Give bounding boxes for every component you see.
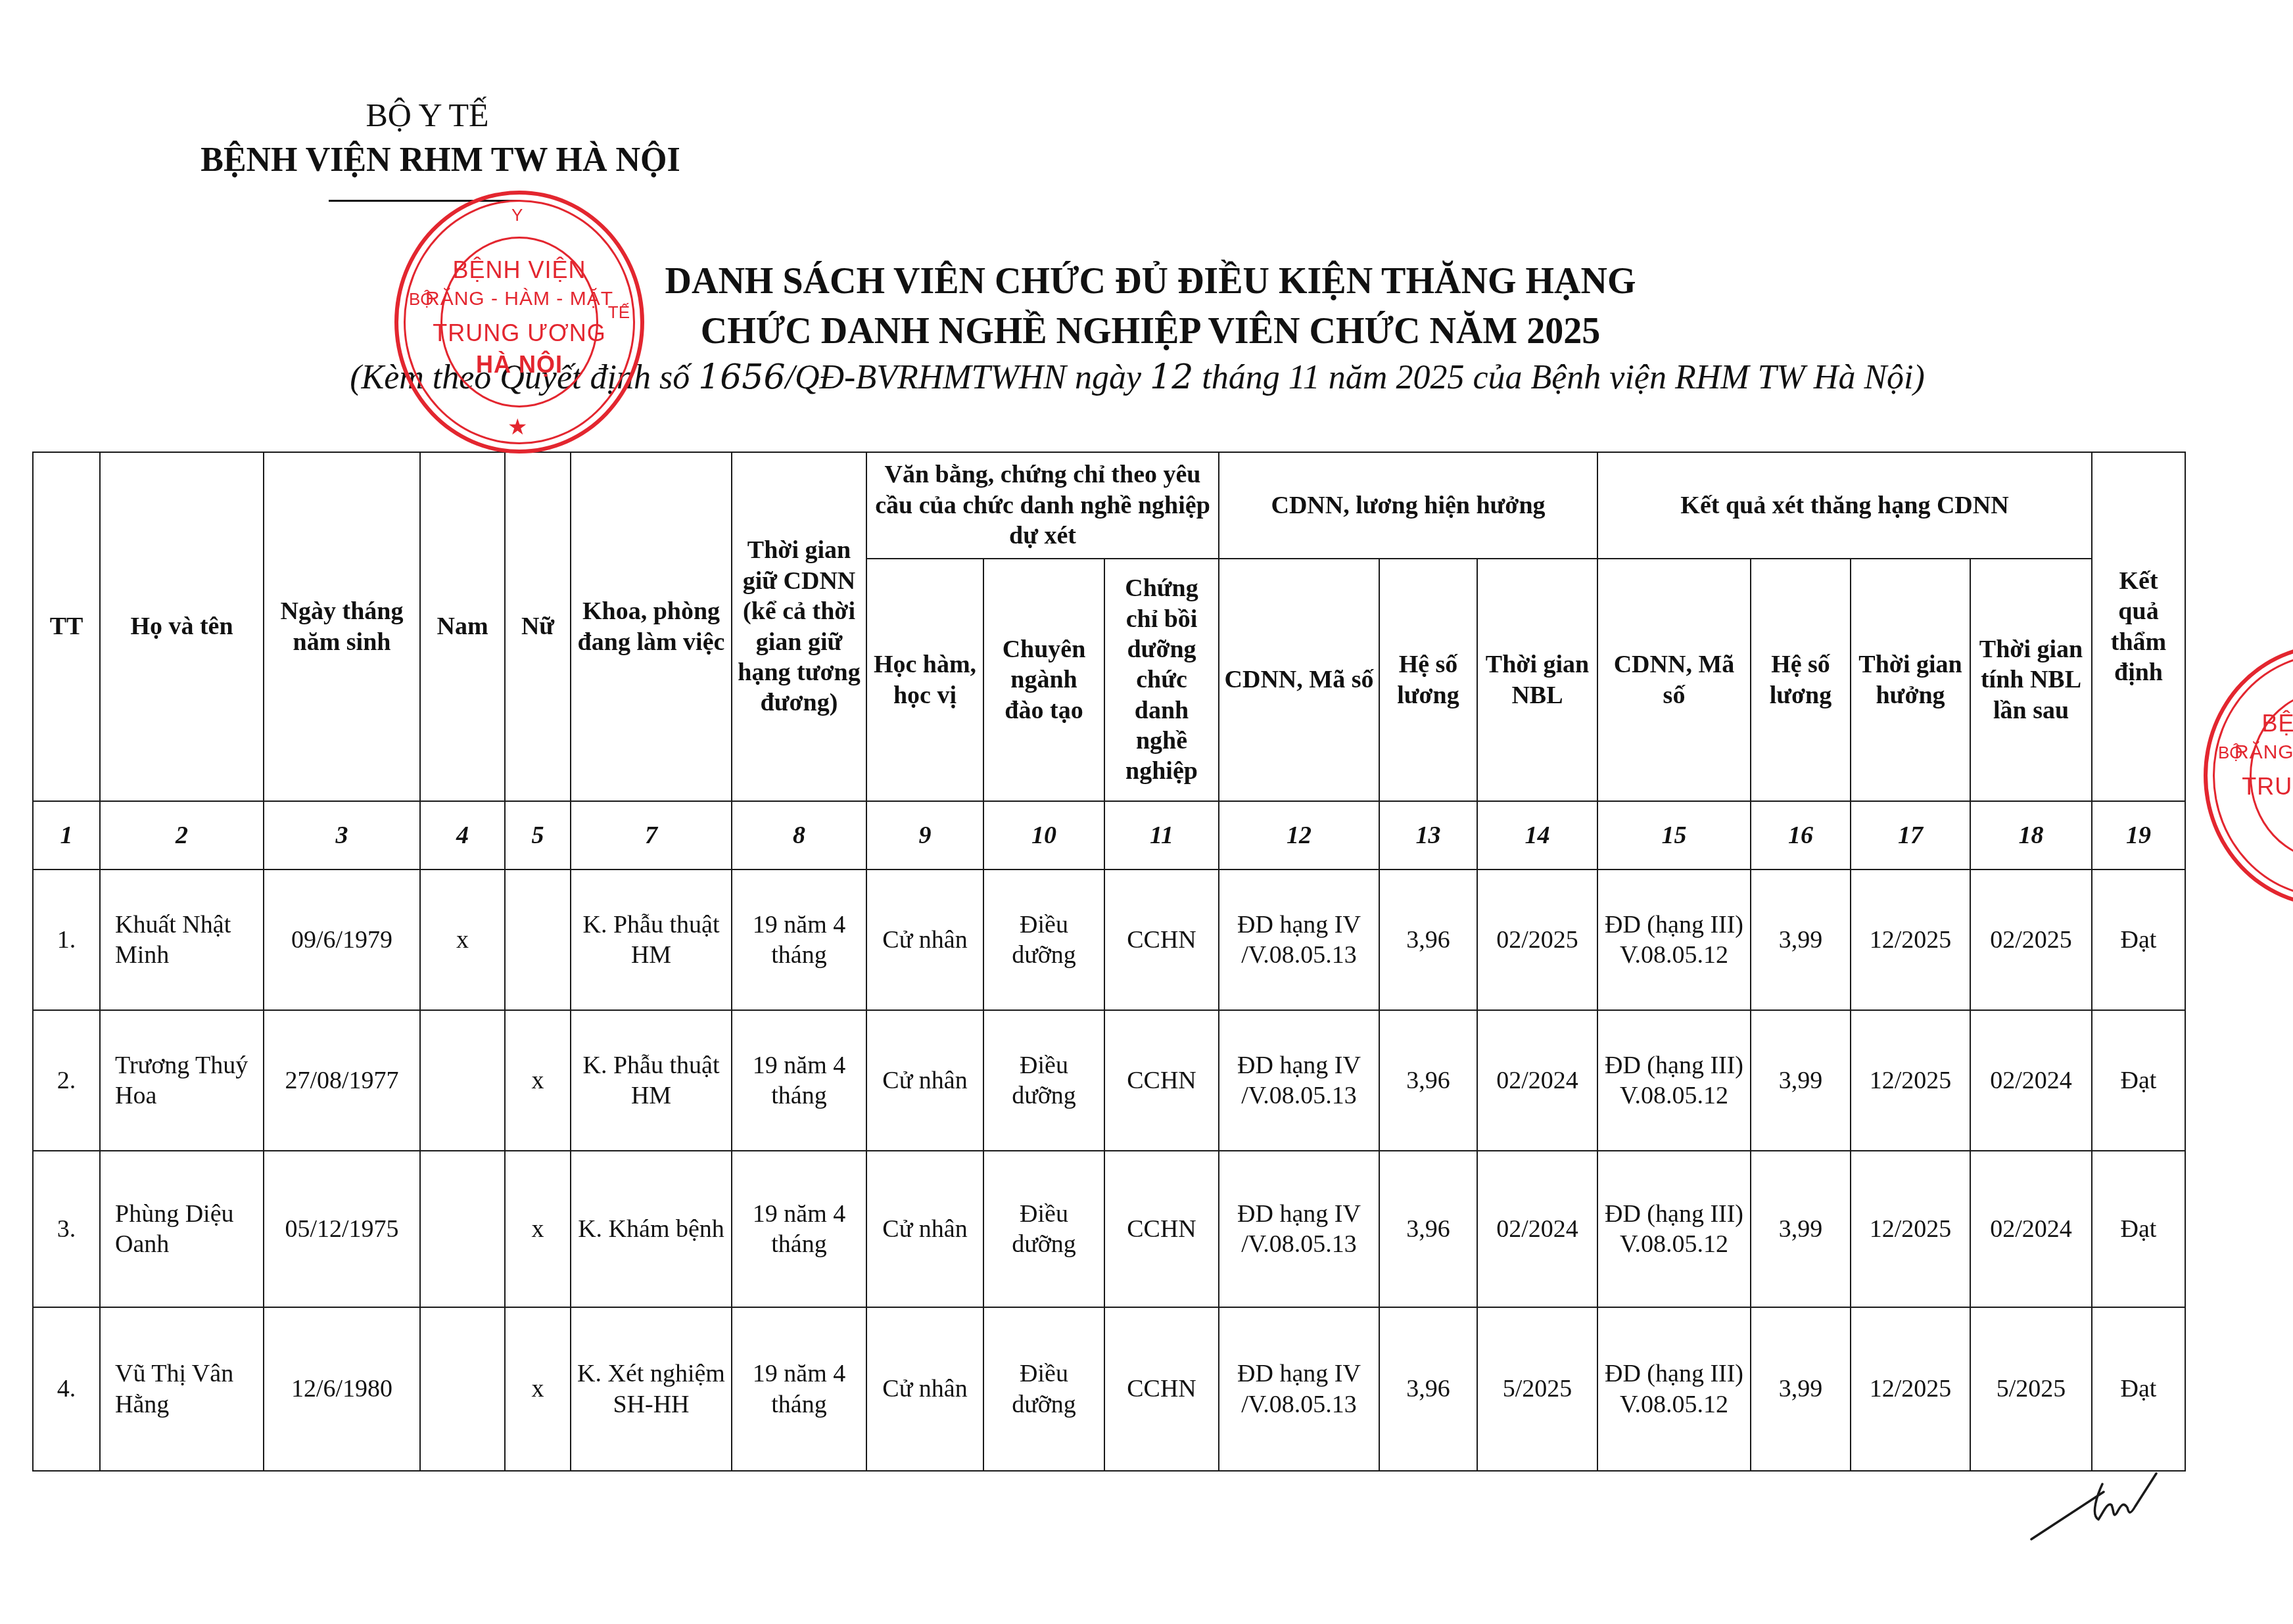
cell-new-coef: 3,99 <box>1750 1150 1851 1308</box>
column-number-text: 1 <box>60 820 73 850</box>
cell-degree-text: Cử nhân <box>882 1065 967 1096</box>
cell-verdict: Đạt <box>2091 869 2186 1011</box>
cell-new-coef: 3,99 <box>1750 1307 1851 1472</box>
cell-female: x <box>504 1009 571 1151</box>
cell-tenure-text: 19 năm 4 tháng <box>736 1199 862 1260</box>
column-number: 8 <box>731 800 867 870</box>
header-certificate: Chứng chỉ bồi dưỡng chức danh nghề nghiệ… <box>1104 558 1219 802</box>
cell-verdict: Đạt <box>2091 1009 2186 1151</box>
cell-certificate: CCHN <box>1104 1150 1219 1308</box>
cell-department: K. Phẫu thuật HM <box>570 869 732 1011</box>
header-department-text: Khoa, phòng đang làm việc <box>575 596 727 657</box>
header-dob-text: Ngày tháng năm sinh <box>268 596 415 657</box>
cell-name-text: Khuất Nhật Minh <box>115 910 259 971</box>
header-group-current-text: CDNN, lương hiện hưởng <box>1271 490 1545 521</box>
cell-cur-nbl-text: 02/2025 <box>1496 925 1578 955</box>
cell-tt: 3. <box>32 1150 101 1308</box>
header-new-code: CDNN, Mã số <box>1597 558 1751 802</box>
cell-verdict-text: Đạt <box>2121 1214 2157 1244</box>
column-number-text: 5 <box>532 820 544 850</box>
ministry-name: BỘ Y TẾ <box>276 99 579 131</box>
cell-tenure-text: 19 năm 4 tháng <box>736 1358 862 1420</box>
cell-cur-code: ĐD hạng IV /V.08.05.13 <box>1218 1150 1380 1308</box>
cell-new-nbl: 02/2024 <box>1970 1009 2092 1151</box>
header-new-start-text: Thời gian hưởng <box>1855 649 1966 710</box>
stamp-line3: TRUNG ƯƠNG <box>2204 773 2293 800</box>
header-new-start: Thời gian hưởng <box>1850 558 1971 802</box>
column-number: 1 <box>32 800 101 870</box>
cell-female: x <box>504 1307 571 1472</box>
cell-certificate: CCHN <box>1104 869 1219 1011</box>
column-number-text: 13 <box>1416 820 1441 850</box>
cell-name: Vũ Thị Vân Hằng <box>99 1307 264 1472</box>
cell-certificate-text: CCHN <box>1127 925 1196 955</box>
header-cur-nbl: Thời gian NBL <box>1477 558 1598 802</box>
cell-degree: Cử nhân <box>866 869 984 1011</box>
cell-degree: Cử nhân <box>866 1307 984 1472</box>
cell-cur-coef: 3,96 <box>1379 869 1478 1011</box>
header-tenure-text: Thời gian giữ CDNN (kể cả thời gian giữ … <box>736 535 862 718</box>
column-number: 19 <box>2091 800 2186 870</box>
cell-certificate-text: CCHN <box>1127 1374 1196 1404</box>
cell-tenure: 19 năm 4 tháng <box>731 1150 867 1308</box>
header-new-coef-text: Hệ số lương <box>1755 649 1846 710</box>
header-major-text: Chuyên ngành đào tạo <box>988 634 1100 726</box>
cell-female-text: x <box>532 1214 544 1244</box>
cell-major-text: Điều dưỡng <box>988 1358 1100 1420</box>
column-number: 11 <box>1104 800 1219 870</box>
cell-department-text: K. Phẫu thuật HM <box>575 1050 727 1111</box>
cell-new-start: 12/2025 <box>1850 869 1971 1011</box>
header-tenure: Thời gian giữ CDNN (kể cả thời gian giữ … <box>731 452 867 802</box>
header-new-coef: Hệ số lương <box>1750 558 1851 802</box>
cell-female-text: x <box>532 1374 544 1404</box>
column-number-text: 2 <box>176 820 188 850</box>
header-group-degree-text: Văn bằng, chứng chỉ theo yêu cầu của chứ… <box>871 459 1214 551</box>
organization-name: BỆNH VIỆN RHM TW HÀ NỘI <box>151 143 730 177</box>
cell-new-coef-text: 3,99 <box>1779 1374 1823 1404</box>
header-major: Chuyên ngành đào tạo <box>983 558 1105 802</box>
cell-male <box>419 1307 506 1472</box>
header-new-nbl: Thời gian tính NBL lần sau <box>1970 558 2092 802</box>
header-group-current: CDNN, lương hiện hưởng <box>1218 452 1598 559</box>
cell-dob-text: 27/08/1977 <box>285 1065 398 1096</box>
cell-new-code: ĐD (hạng III) V.08.05.12 <box>1597 1307 1751 1472</box>
column-number: 14 <box>1477 800 1598 870</box>
cell-department: K. Xét nghiệm SH-HH <box>570 1307 732 1472</box>
column-number: 16 <box>1750 800 1851 870</box>
header-new-code-text: CDNN, Mã số <box>1602 649 1746 710</box>
cell-new-start: 12/2025 <box>1850 1009 1971 1151</box>
header-new-nbl-text: Thời gian tính NBL lần sau <box>1975 634 2087 726</box>
cell-new-nbl-text: 02/2024 <box>1990 1065 2072 1096</box>
cell-tenure-text: 19 năm 4 tháng <box>736 910 862 971</box>
cell-new-start: 12/2025 <box>1850 1307 1971 1472</box>
cell-cur-coef-text: 3,96 <box>1406 925 1450 955</box>
cell-cur-nbl: 02/2025 <box>1477 869 1598 1011</box>
header-verdict: Kết quả thẩm định <box>2091 452 2186 802</box>
cell-department: K. Khám bệnh <box>570 1150 732 1308</box>
cell-verdict-text: Đạt <box>2121 1065 2157 1096</box>
cell-degree: Cử nhân <box>866 1150 984 1308</box>
cell-new-coef-text: 3,99 <box>1779 1065 1823 1096</box>
column-number: 3 <box>263 800 421 870</box>
column-number: 15 <box>1597 800 1751 870</box>
cell-dob: 05/12/1975 <box>263 1150 421 1308</box>
cell-male-text: x <box>456 925 469 955</box>
cell-verdict: Đạt <box>2091 1150 2186 1308</box>
cell-name-text: Phùng Diệu Oanh <box>115 1199 259 1260</box>
cell-cur-code-text: ĐD hạng IV /V.08.05.13 <box>1223 1050 1375 1111</box>
cell-cur-nbl: 02/2024 <box>1477 1150 1598 1308</box>
stamp-line4: HÀ NỘI <box>394 351 644 378</box>
cell-cur-code-text: ĐD hạng IV /V.08.05.13 <box>1223 1199 1375 1260</box>
column-number-text: 17 <box>1898 820 1923 850</box>
column-number: 10 <box>983 800 1105 870</box>
header-male-text: Nam <box>437 611 488 641</box>
cell-male <box>419 1009 506 1151</box>
column-number-text: 3 <box>336 820 348 850</box>
subtitle-suffix: tháng 11 năm 2025 của Bệnh viện RHM TW H… <box>1193 359 1925 396</box>
cell-cur-nbl-text: 02/2024 <box>1496 1065 1578 1096</box>
cell-tt-text: 3. <box>57 1214 76 1244</box>
cell-tt: 2. <box>32 1009 101 1151</box>
cell-female: x <box>504 1150 571 1308</box>
column-number-text: 12 <box>1287 820 1312 850</box>
cell-new-start-text: 12/2025 <box>1870 1214 1952 1244</box>
header-degree: Học hàm, học vị <box>866 558 984 802</box>
cell-tenure: 19 năm 4 tháng <box>731 869 867 1011</box>
column-number: 12 <box>1218 800 1380 870</box>
column-number-text: 11 <box>1150 820 1173 850</box>
cell-name: Phùng Diệu Oanh <box>99 1150 264 1308</box>
cell-new-nbl-text: 02/2025 <box>1990 925 2072 955</box>
column-number: 9 <box>866 800 984 870</box>
cell-cur-code: ĐD hạng IV /V.08.05.13 <box>1218 869 1380 1011</box>
header-name: Họ và tên <box>99 452 264 802</box>
subtitle-mid: /QĐ-BVRHMTWHN ngày <box>786 359 1150 396</box>
cell-major-text: Điều dưỡng <box>988 910 1100 971</box>
cell-tt-text: 1. <box>57 925 76 955</box>
column-number-text: 10 <box>1031 820 1056 850</box>
cell-new-code: ĐD (hạng III) V.08.05.12 <box>1597 869 1751 1011</box>
cell-verdict-text: Đạt <box>2121 1374 2157 1404</box>
cell-new-nbl: 02/2024 <box>1970 1150 2092 1308</box>
cell-new-code-text: ĐD (hạng III) V.08.05.12 <box>1602 1358 1746 1420</box>
cell-tenure: 19 năm 4 tháng <box>731 1307 867 1472</box>
stamp-star-icon: ★ <box>508 414 527 440</box>
cell-degree: Cử nhân <box>866 1009 984 1151</box>
header-female: Nữ <box>504 452 571 802</box>
cell-major: Điều dưỡng <box>983 1150 1105 1308</box>
document-title-line2: CHỨC DANH NGHỀ NGHIỆP VIÊN CHỨC NĂM 2025 <box>592 313 1709 350</box>
column-number: 2 <box>99 800 264 870</box>
header-group-degree: Văn bằng, chứng chỉ theo yêu cầu của chứ… <box>866 452 1219 559</box>
cell-new-coef-text: 3,99 <box>1779 925 1823 955</box>
cell-major: Điều dưỡng <box>983 1307 1105 1472</box>
cell-degree-text: Cử nhân <box>882 925 967 955</box>
stamp-line1: BỆNH VIỆN <box>394 256 644 283</box>
cell-dob: 27/08/1977 <box>263 1009 421 1151</box>
cell-major: Điều dưỡng <box>983 1009 1105 1151</box>
cell-degree-text: Cử nhân <box>882 1374 967 1404</box>
cell-cur-code-text: ĐD hạng IV /V.08.05.13 <box>1223 1358 1375 1420</box>
header-dob: Ngày tháng năm sinh <box>263 452 421 802</box>
header-male: Nam <box>419 452 506 802</box>
cell-certificate: CCHN <box>1104 1307 1219 1472</box>
cell-male: x <box>419 869 506 1011</box>
cell-cur-nbl: 5/2025 <box>1477 1307 1598 1472</box>
header-tt: TT <box>32 452 101 802</box>
cell-department-text: K. Khám bệnh <box>578 1214 724 1244</box>
cell-cur-coef-text: 3,96 <box>1406 1214 1450 1244</box>
header-verdict-text: Kết quả thẩm định <box>2096 566 2181 687</box>
cell-verdict-text: Đạt <box>2121 925 2157 955</box>
header-degree-text: Học hàm, học vị <box>871 649 979 710</box>
cell-female-text: x <box>532 1065 544 1096</box>
cell-department-text: K. Xét nghiệm SH-HH <box>575 1358 727 1420</box>
column-number-text: 7 <box>645 820 657 850</box>
cell-new-code: ĐD (hạng III) V.08.05.12 <box>1597 1150 1751 1308</box>
column-number-text: 15 <box>1662 820 1687 850</box>
cell-certificate: CCHN <box>1104 1009 1219 1151</box>
column-number-text: 18 <box>2019 820 2044 850</box>
cell-tt: 1. <box>32 869 101 1011</box>
header-cur-coef-text: Hệ số lương <box>1384 649 1473 710</box>
cell-tt-text: 2. <box>57 1065 76 1096</box>
cell-cur-nbl-text: 02/2024 <box>1496 1214 1578 1244</box>
cell-cur-coef: 3,96 <box>1379 1009 1478 1151</box>
cell-dob-text: 09/6/1979 <box>291 925 392 955</box>
cell-major: Điều dưỡng <box>983 869 1105 1011</box>
cell-male <box>419 1150 506 1308</box>
cell-cur-coef: 3,96 <box>1379 1150 1478 1308</box>
stamp-line1: BỆNH VIỆN <box>2204 710 2293 737</box>
header-tt-text: TT <box>50 611 83 641</box>
cell-cur-code: ĐD hạng IV /V.08.05.13 <box>1218 1307 1380 1472</box>
cell-cur-coef-text: 3,96 <box>1406 1065 1450 1096</box>
cell-tt-text: 4. <box>57 1374 76 1404</box>
cell-new-start: 12/2025 <box>1850 1150 1971 1308</box>
cell-new-start-text: 12/2025 <box>1870 1374 1952 1404</box>
column-number: 4 <box>419 800 506 870</box>
column-number-text: 9 <box>919 820 932 850</box>
official-stamp: BỘ Y TẾ BỆNH VIỆN RĂNG - HÀM - MẶT TRUNG… <box>394 191 644 453</box>
header-cur-nbl-text: Thời gian NBL <box>1482 649 1593 710</box>
cell-new-coef-text: 3,99 <box>1779 1214 1823 1244</box>
stamp-edge-top: Y <box>511 205 523 225</box>
decision-day-handwritten: 12 <box>1150 358 1193 397</box>
cell-name: Khuất Nhật Minh <box>99 869 264 1011</box>
cell-certificate-text: CCHN <box>1127 1065 1196 1096</box>
header-cur-coef: Hệ số lương <box>1379 558 1478 802</box>
initials-signature <box>2025 1466 2169 1544</box>
cell-new-code-text: ĐD (hạng III) V.08.05.12 <box>1602 910 1746 971</box>
cell-new-start-text: 12/2025 <box>1870 925 1952 955</box>
header-department: Khoa, phòng đang làm việc <box>570 452 732 802</box>
cell-new-code: ĐD (hạng III) V.08.05.12 <box>1597 1009 1751 1151</box>
cell-new-coef: 3,99 <box>1750 869 1851 1011</box>
cell-dob: 12/6/1980 <box>263 1307 421 1472</box>
cell-new-nbl: 5/2025 <box>1970 1307 2092 1472</box>
cell-cur-nbl: 02/2024 <box>1477 1009 1598 1151</box>
cell-tenure: 19 năm 4 tháng <box>731 1009 867 1151</box>
header-group-result-text: Kết quả xét thăng hạng CDNN <box>1680 490 2008 521</box>
column-number-text: 14 <box>1525 820 1550 850</box>
cell-cur-coef: 3,96 <box>1379 1307 1478 1472</box>
column-number: 13 <box>1379 800 1478 870</box>
document-title-line1: DANH SÁCH VIÊN CHỨC ĐỦ ĐIỀU KIỆN THĂNG H… <box>592 263 1709 300</box>
cell-dob-text: 12/6/1980 <box>291 1374 392 1404</box>
cell-new-nbl-text: 02/2024 <box>1990 1214 2072 1244</box>
official-stamp-partial: BỘ BỆNH VIỆN RĂNG - HÀM - MẶT TRUNG ƯƠNG <box>2204 644 2293 907</box>
cell-major-text: Điều dưỡng <box>988 1050 1100 1111</box>
cell-department-text: K. Phẫu thuật HM <box>575 910 727 971</box>
cell-new-nbl-text: 5/2025 <box>1997 1374 2066 1404</box>
cell-cur-code: ĐD hạng IV /V.08.05.13 <box>1218 1009 1380 1151</box>
column-number-text: 4 <box>456 820 469 850</box>
cell-degree-text: Cử nhân <box>882 1214 967 1244</box>
column-number-text: 8 <box>793 820 805 850</box>
cell-dob: 09/6/1979 <box>263 869 421 1011</box>
cell-female <box>504 869 571 1011</box>
cell-certificate-text: CCHN <box>1127 1214 1196 1244</box>
header-name-text: Họ và tên <box>130 611 233 641</box>
cell-cur-nbl-text: 5/2025 <box>1503 1374 1572 1404</box>
header-cur-code-text: CDNN, Mã số <box>1225 664 1374 695</box>
cell-new-nbl: 02/2025 <box>1970 869 2092 1011</box>
cell-department: K. Phẫu thuật HM <box>570 1009 732 1151</box>
column-number: 5 <box>504 800 571 870</box>
column-number: 17 <box>1850 800 1971 870</box>
column-number: 18 <box>1970 800 2092 870</box>
stamp-line3: TRUNG ƯƠNG <box>394 319 644 346</box>
cell-name-text: Trương Thuý Hoa <box>115 1050 259 1111</box>
cell-name: Trương Thuý Hoa <box>99 1009 264 1151</box>
cell-name-text: Vũ Thị Vân Hằng <box>115 1358 259 1420</box>
cell-new-coef: 3,99 <box>1750 1009 1851 1151</box>
header-female-text: Nữ <box>521 611 554 641</box>
header-group-result: Kết quả xét thăng hạng CDNN <box>1597 452 2092 559</box>
decision-number-handwritten: 1656 <box>698 358 785 397</box>
cell-tt: 4. <box>32 1307 101 1472</box>
header-certificate-text: Chứng chỉ bồi dưỡng chức danh nghề nghiệ… <box>1109 573 1214 787</box>
header-cur-code: CDNN, Mã số <box>1218 558 1380 802</box>
stamp-line2: RĂNG - HÀM - MẶT <box>394 288 644 311</box>
cell-new-code-text: ĐD (hạng III) V.08.05.12 <box>1602 1050 1746 1111</box>
column-number-text: 16 <box>1788 820 1813 850</box>
cell-new-start-text: 12/2025 <box>1870 1065 1952 1096</box>
cell-cur-coef-text: 3,96 <box>1406 1374 1450 1404</box>
column-number-text: 19 <box>2126 820 2151 850</box>
cell-new-code-text: ĐD (hạng III) V.08.05.12 <box>1602 1199 1746 1260</box>
column-number: 7 <box>570 800 732 870</box>
cell-cur-code-text: ĐD hạng IV /V.08.05.13 <box>1223 910 1375 971</box>
cell-tenure-text: 19 năm 4 tháng <box>736 1050 862 1111</box>
cell-major-text: Điều dưỡng <box>988 1199 1100 1260</box>
stamp-line2: RĂNG - HÀM - MẶT <box>2204 741 2293 764</box>
cell-dob-text: 05/12/1975 <box>285 1214 398 1244</box>
cell-verdict: Đạt <box>2091 1307 2186 1472</box>
